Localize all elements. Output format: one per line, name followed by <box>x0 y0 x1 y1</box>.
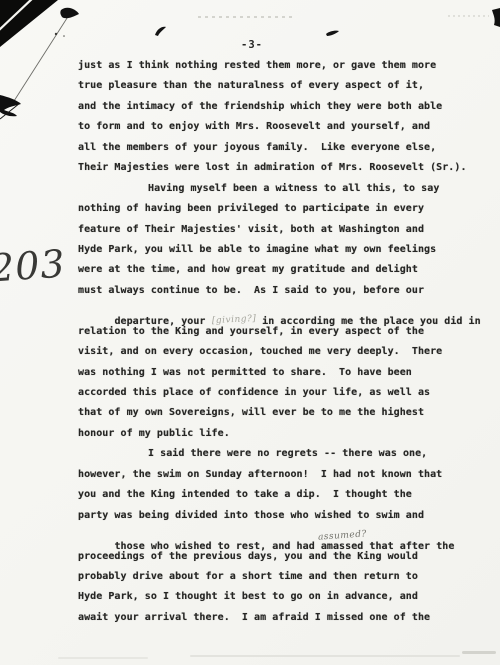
letter-line-paragraph-start: I said there were no regrets -- there wa… <box>78 448 454 468</box>
ink-speck-left <box>155 27 166 36</box>
letter-line: accorded this place of confidence in you… <box>78 387 454 407</box>
letter-line: however, the swim on Sunday afternoon! I… <box>78 469 454 489</box>
letter-line: proceedings of the previous days, you an… <box>78 551 454 571</box>
ink-speck-right <box>326 31 339 36</box>
page-number: -3- <box>78 39 426 51</box>
letter-line-with-insertion: departure, your [giving?] in according m… <box>78 305 454 325</box>
ink-blot-bottom-stroke <box>0 103 20 119</box>
speck-1 <box>55 33 57 35</box>
pencil-insertion: [giving?] <box>211 314 256 326</box>
letter-line: feature of Their Majesties' visit, both … <box>78 224 454 244</box>
ink-blot-bottom <box>0 95 21 116</box>
letter-line: party was being divided into those who w… <box>78 510 454 530</box>
letter-line: honour of my public life. <box>78 428 454 448</box>
scan-smudge <box>190 655 460 657</box>
letter-line: and the intimacy of the friendship which… <box>78 101 454 121</box>
speck-2 <box>63 35 65 37</box>
letter-line: Their Majesties were lost in admiration … <box>78 162 454 182</box>
letter-line: that of my own Sovereigns, will ever be … <box>78 407 454 427</box>
letter-line-paragraph-start: Having myself been a witness to all this… <box>78 183 454 203</box>
crease-line <box>14 15 69 101</box>
corner-fold-mark <box>0 0 58 47</box>
letter-line: probably drive about for a short time an… <box>78 571 454 591</box>
letter-line: you and the King intended to take a dip.… <box>78 489 454 509</box>
letter-line: relation to the King and yourself, in ev… <box>78 326 454 346</box>
scan-smudge <box>462 651 496 654</box>
ink-blot-top-right <box>492 8 500 27</box>
letter-line: just as I think nothing rested them more… <box>78 60 454 80</box>
corrected-word: assumed?amassed <box>321 541 364 552</box>
letter-line: to form and to enjoy with Mrs. Roosevelt… <box>78 121 454 141</box>
margin-page-ref: 203 <box>0 241 67 290</box>
ink-blot-top <box>60 8 79 19</box>
letter-line: Hyde Park, you will be able to imagine w… <box>78 244 454 264</box>
typed-word: amassed <box>321 541 364 552</box>
letter-line: was nothing I was not permitted to share… <box>78 367 454 387</box>
scanned-letter-page: 203 -3- just as I think nothing rested t… <box>0 0 500 665</box>
letter-line: await your arrival there. I am afraid I … <box>78 612 454 632</box>
letter-line: must always continue to be. As I said to… <box>78 285 454 305</box>
letter-line: Hyde Park, so I thought it best to go on… <box>78 591 454 611</box>
letter-line: were at the time, and how great my grati… <box>78 264 454 284</box>
letter-line: true pleasure than the naturalness of ev… <box>78 80 454 100</box>
letter-line: nothing of having been privileged to par… <box>78 203 454 223</box>
letter-body: just as I think nothing rested them more… <box>78 60 454 632</box>
letter-line: visit, and on every occasion, touched me… <box>78 346 454 366</box>
letter-line: all the members of your joyous family. L… <box>78 142 454 162</box>
letter-line-with-correction: those who wished to rest, and had assume… <box>78 530 454 550</box>
scan-smudge <box>58 657 148 659</box>
corner-fold-crease <box>0 0 34 31</box>
